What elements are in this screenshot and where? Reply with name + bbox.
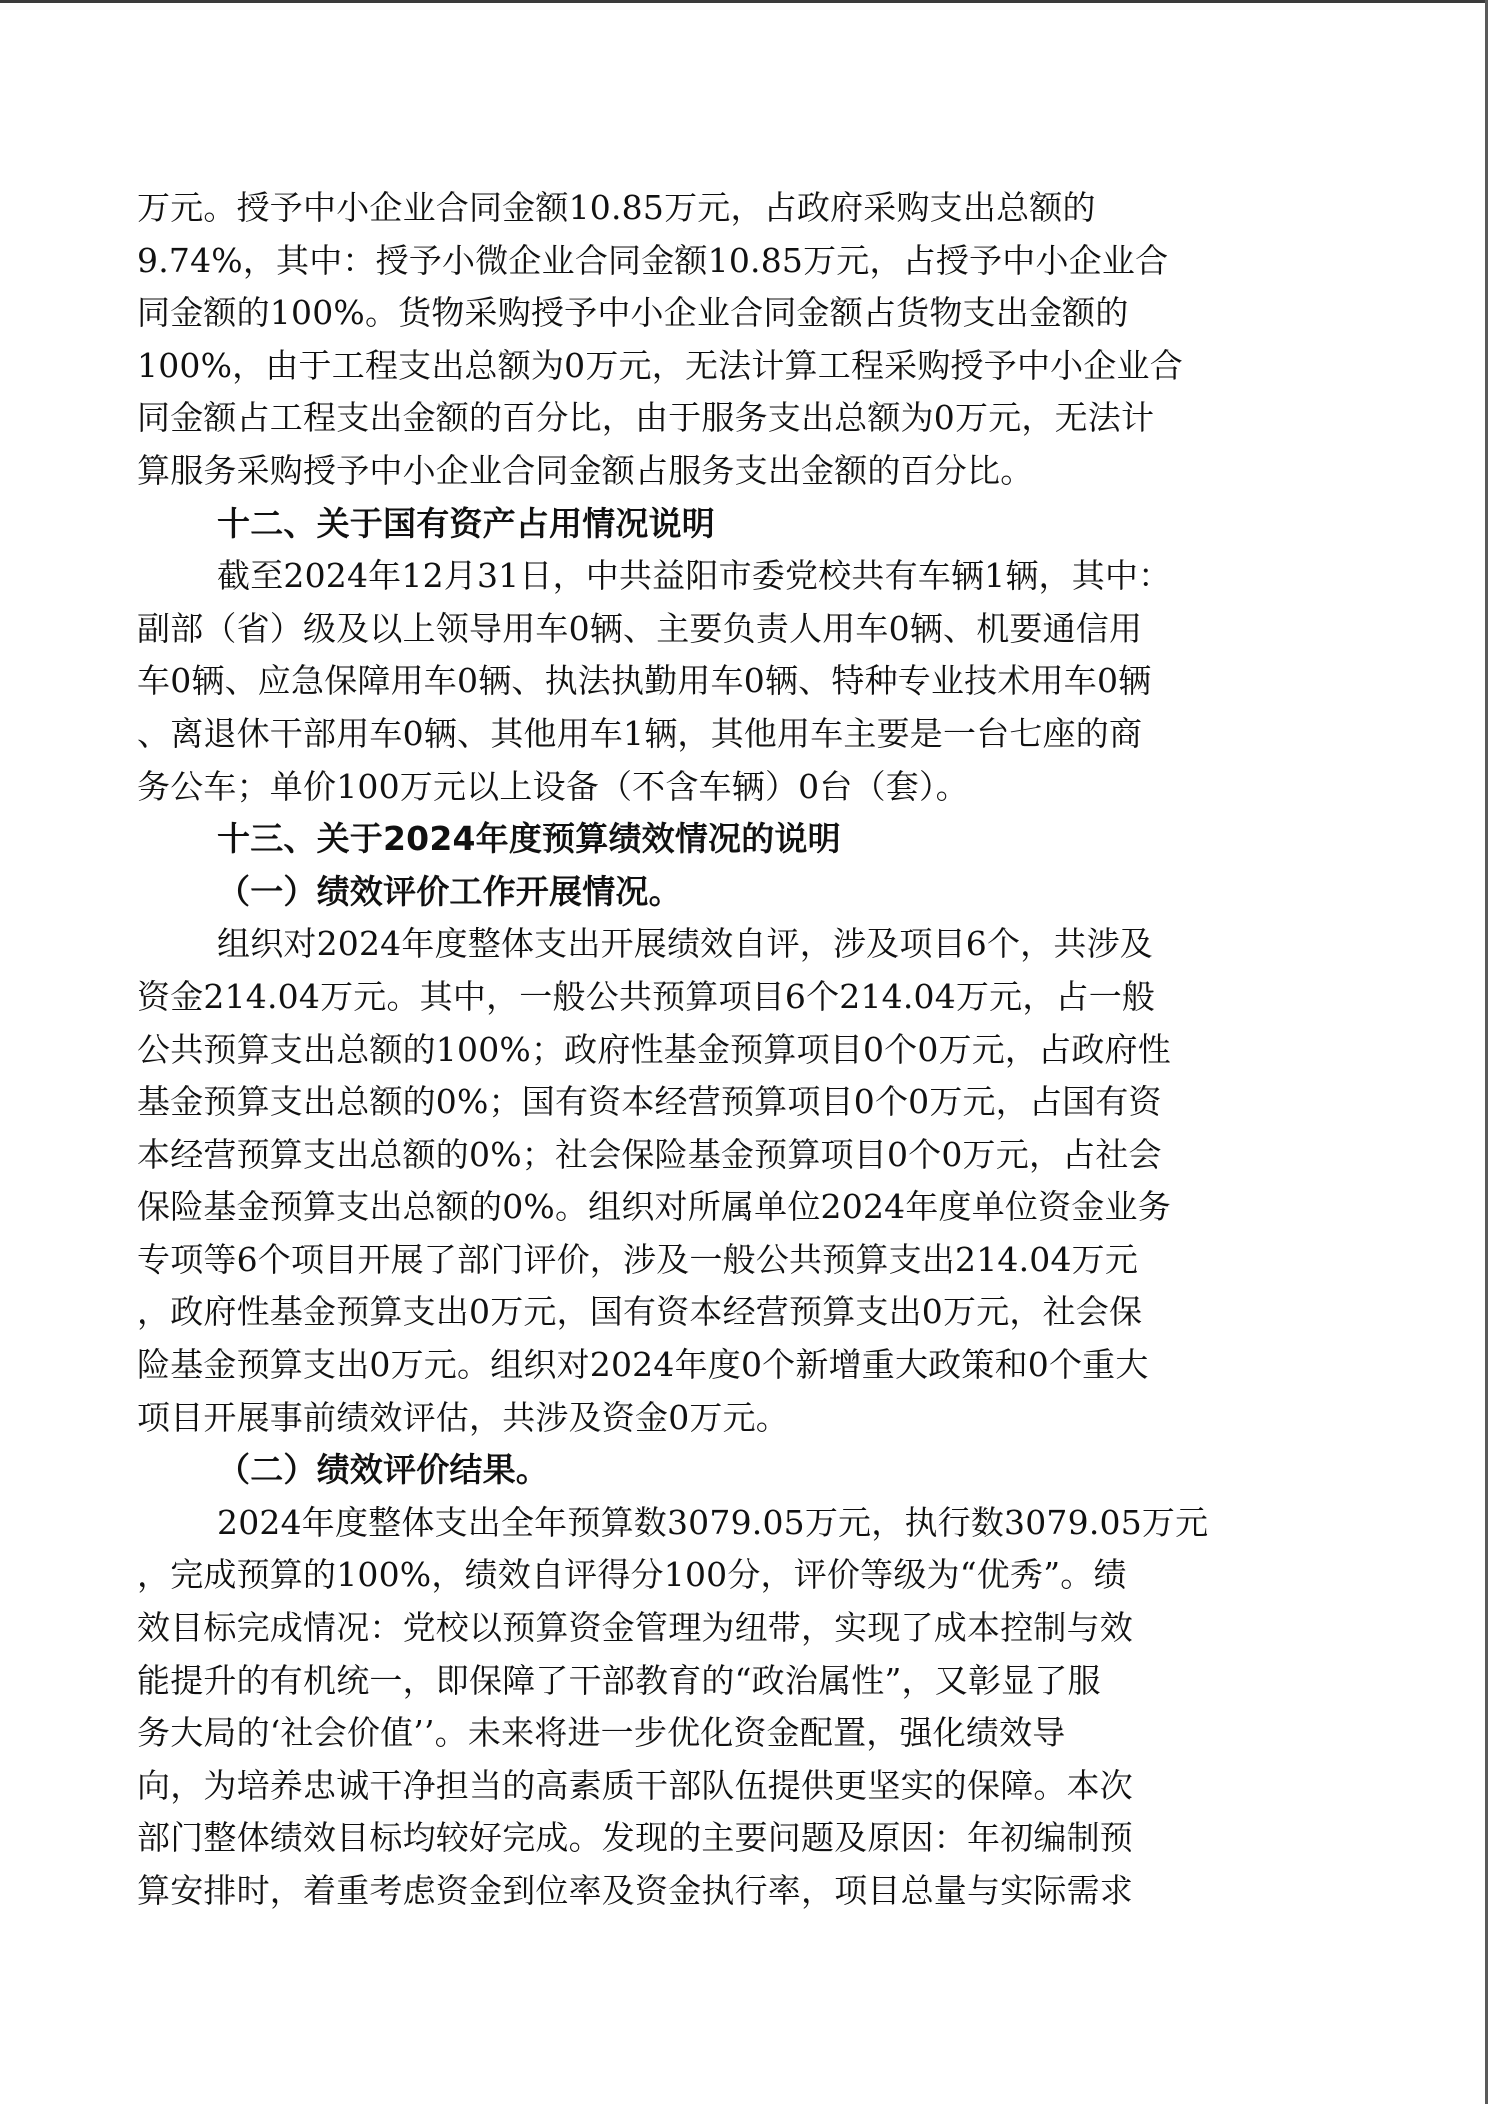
- text-line: 100%，由于工程支出总额为0万元，无法计算工程采购授予中小企业合: [137, 340, 1347, 393]
- subsection-evaluation-results: （二）绩效评价结果。 2024年度整体支出全年预算数3079.05万元，执行数3…: [137, 1444, 1347, 1917]
- text-line: 公共预算支出总额的100%；政府性基金预算项目0个0万元，占政府性: [137, 1024, 1347, 1077]
- text-line: 同金额的100%。货物采购授予中小企业合同金额占货物支出金额的: [137, 287, 1347, 340]
- text-line: 、离退休干部用车0辆、其他用车1辆，其他用车主要是一台七座的商: [137, 708, 1347, 761]
- page-border-top: [0, 0, 1488, 3]
- section-11-procurement-paragraph: 万元。授予中小企业合同金额10.85万元，占政府采购支出总额的 9.74%，其中…: [137, 182, 1347, 498]
- text-line: 专项等6个项目开展了部门评价，涉及一般公共预算支出214.04万元: [137, 1234, 1347, 1287]
- text-line: 向，为培养忠诚干净担当的高素质干部队伍提供更坚实的保障。本次: [137, 1760, 1347, 1813]
- text-line: 项目开展事前绩效评估，共涉及资金0万元。: [137, 1392, 1347, 1445]
- text-line: ，完成预算的100%，绩效自评得分100分，评价等级为“优秀”。绩: [137, 1549, 1347, 1602]
- text-line: 效目标完成情况：党校以预算资金管理为纽带，实现了成本控制与效: [137, 1602, 1347, 1655]
- text-line: 能提升的有机统一，即保障了干部教育的“政治属性”，又彰显了服: [137, 1655, 1347, 1708]
- text-line: 本经营预算支出总额的0%；社会保险基金预算项目0个0万元，占社会: [137, 1129, 1347, 1182]
- text-line: 算服务采购授予中小企业合同金额占服务支出金额的百分比。: [137, 445, 1347, 498]
- text-line: 部门整体绩效目标均较好完成。发现的主要问题及原因：年初编制预: [137, 1812, 1347, 1865]
- text-line: 截至2024年12月31日，中共益阳市委党校共有车辆1辆，其中：: [137, 550, 1347, 603]
- text-line: 车0辆、应急保障用车0辆、执法执勤用车0辆、特种专业技术用车0辆: [137, 655, 1347, 708]
- text-line: 险基金预算支出0万元。组织对2024年度0个新增重大政策和0个重大: [137, 1339, 1347, 1392]
- text-line: 9.74%，其中：授予小微企业合同金额10.85万元，占授予中小企业合: [137, 235, 1347, 288]
- text-line: 务公车；单价100万元以上设备（不含车辆）0台（套）。: [137, 761, 1347, 814]
- text-line: ，政府性基金预算支出0万元，国有资本经营预算支出0万元，社会保: [137, 1286, 1347, 1339]
- section-heading: 十二、关于国有资产占用情况说明: [137, 498, 1347, 551]
- text-line: 副部（省）级及以上领导用车0辆、主要负责人用车0辆、机要通信用: [137, 603, 1347, 656]
- text-line: 同金额占工程支出金额的百分比，由于服务支出总额为0万元，无法计: [137, 392, 1347, 445]
- text-line: 算安排时，着重考虑资金到位率及资金执行率，项目总量与实际需求: [137, 1865, 1347, 1918]
- section-13-budget-performance: 十三、关于2024年度预算绩效情况的说明 （一）绩效评价工作开展情况。 组织对2…: [137, 813, 1347, 1917]
- text-line: 务大局的‘社会价值’’。未来将进一步优化资金配置，强化绩效导: [137, 1707, 1347, 1760]
- section-heading: 十三、关于2024年度预算绩效情况的说明: [137, 813, 1347, 866]
- text-line: 资金214.04万元。其中，一般公共预算项目6个214.04万元，占一般: [137, 971, 1347, 1024]
- section-12-state-assets: 十二、关于国有资产占用情况说明 截至2024年12月31日，中共益阳市委党校共有…: [137, 498, 1347, 814]
- text-line: 组织对2024年度整体支出开展绩效自评，涉及项目6个，共涉及: [137, 918, 1347, 971]
- text-line: 万元。授予中小企业合同金额10.85万元，占政府采购支出总额的: [137, 182, 1347, 235]
- text-line: 基金预算支出总额的0%；国有资本经营预算项目0个0万元，占国有资: [137, 1076, 1347, 1129]
- text-line: 2024年度整体支出全年预算数3079.05万元，执行数3079.05万元: [137, 1497, 1347, 1550]
- text-line: 保险基金预算支出总额的0%。组织对所属单位2024年度单位资金业务: [137, 1181, 1347, 1234]
- subsection-heading: （二）绩效评价结果。: [137, 1444, 1347, 1497]
- document-page: 万元。授予中小企业合同金额10.85万元，占政府采购支出总额的 9.74%，其中…: [137, 182, 1347, 1918]
- subsection-heading: （一）绩效评价工作开展情况。: [137, 866, 1347, 919]
- subsection-evaluation-work: （一）绩效评价工作开展情况。 组织对2024年度整体支出开展绩效自评，涉及项目6…: [137, 866, 1347, 1445]
